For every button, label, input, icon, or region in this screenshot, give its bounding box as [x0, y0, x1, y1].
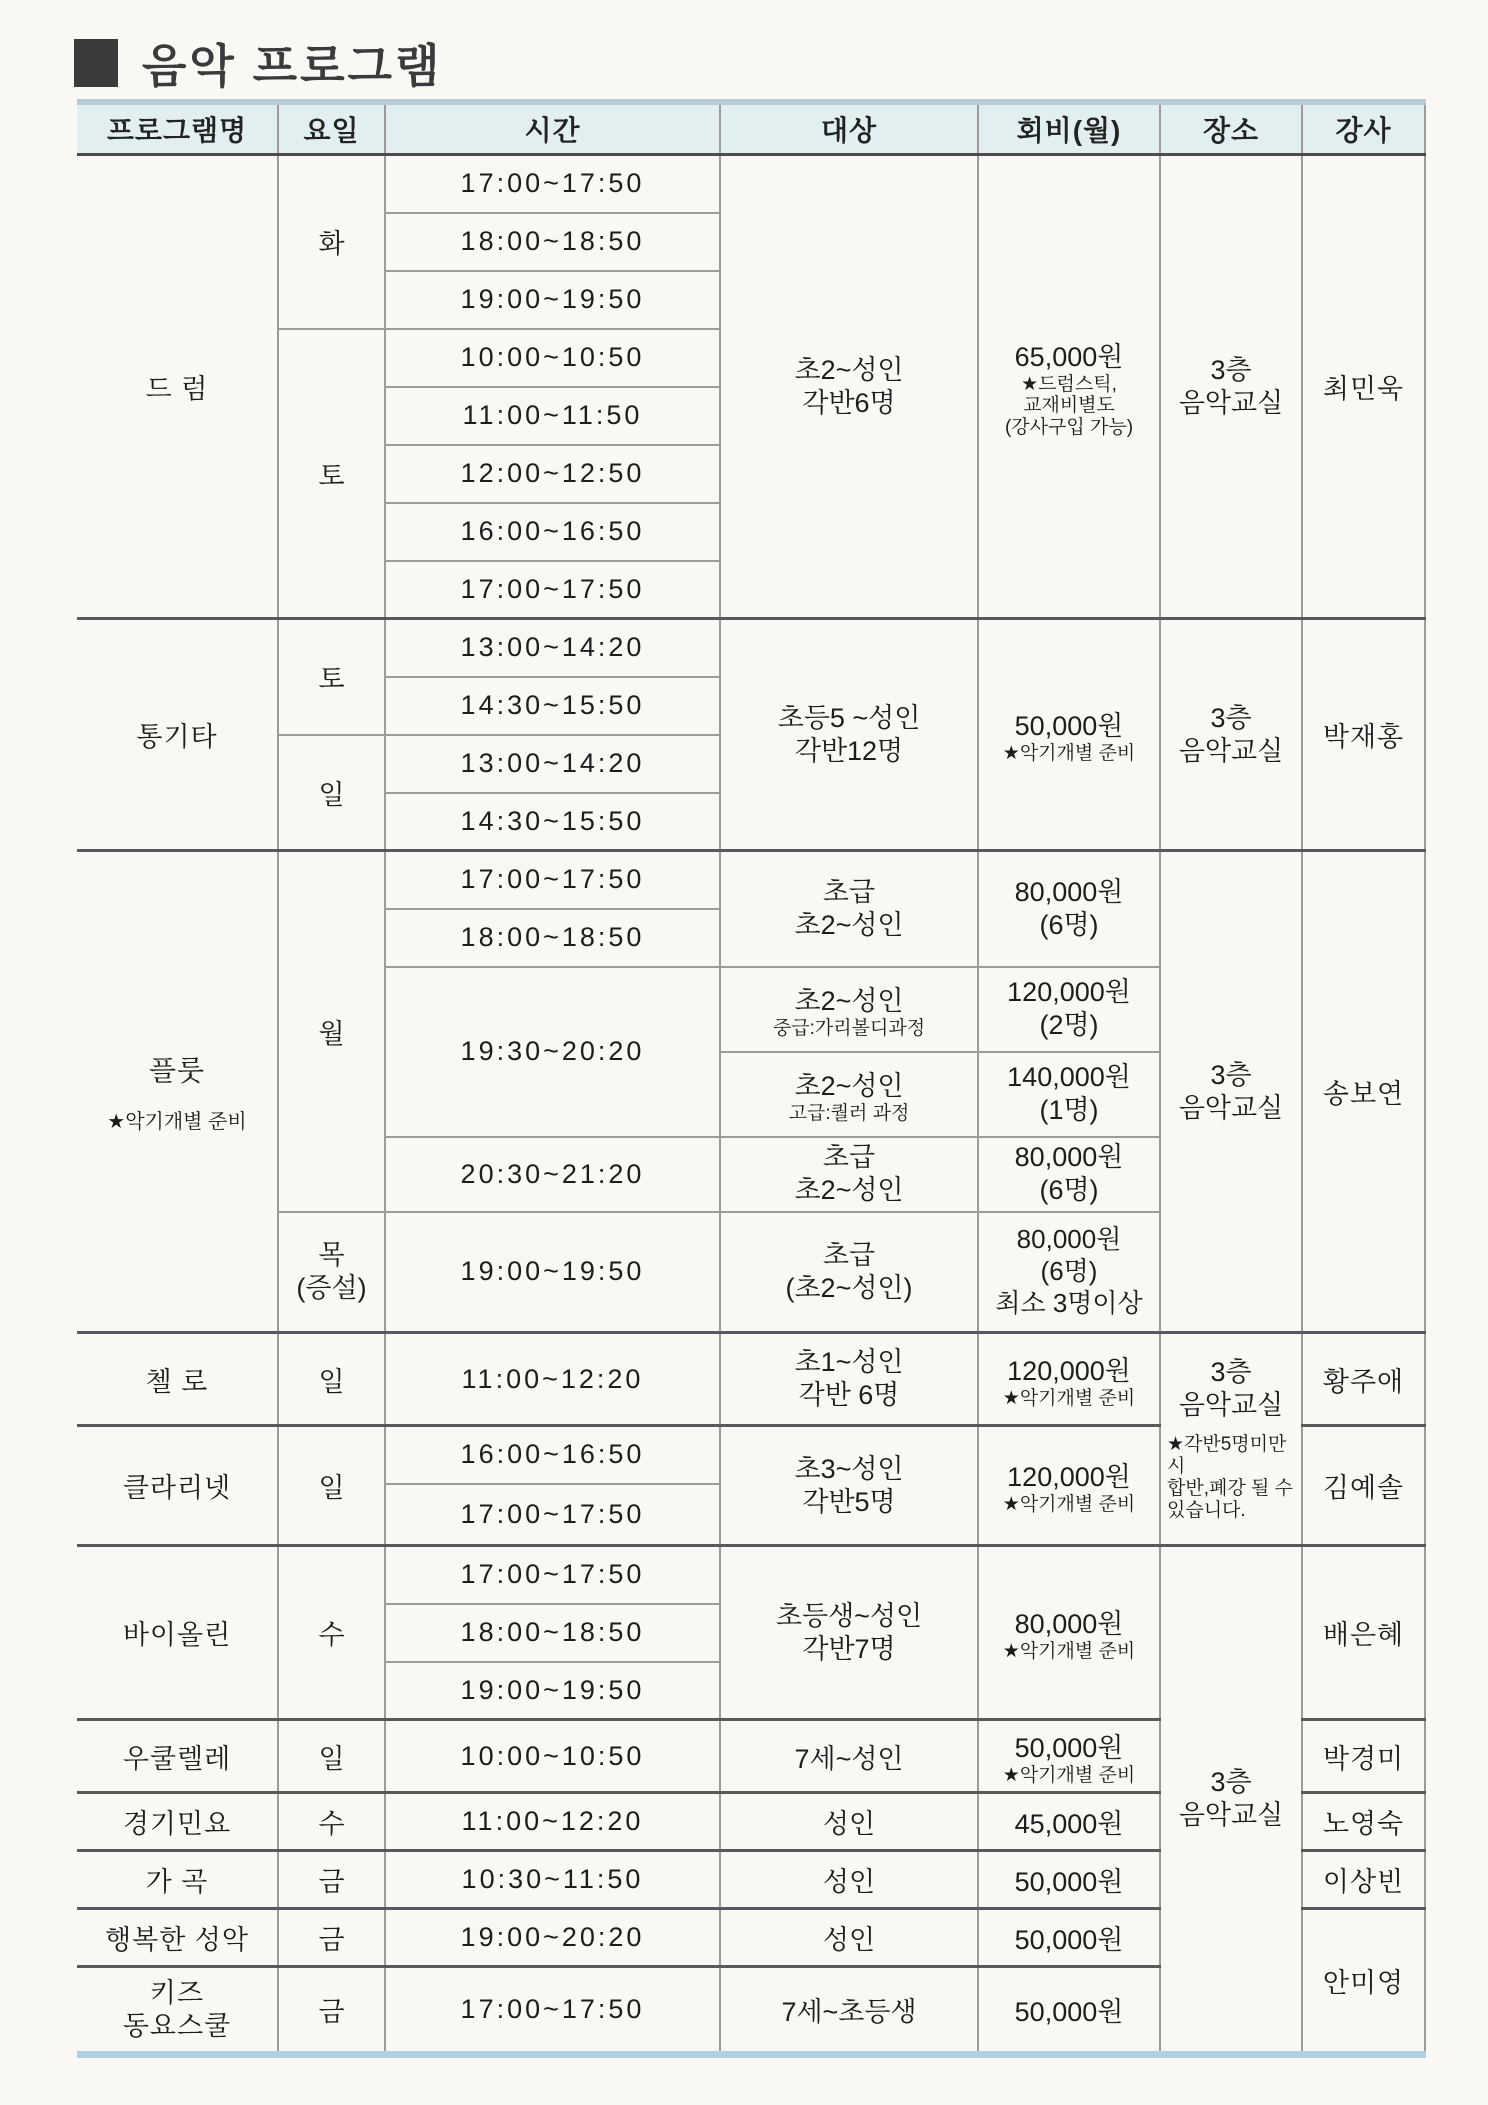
fee-note: ★드럼스틱, 교재비별도 (강사구입 가능) [979, 374, 1159, 438]
place-cell-cello-clarinet: 3층 음악교실 ★각반5명미만시 합반,폐강 될 수 있습니다. [1160, 1333, 1302, 1546]
time-cell: 12:00~12:50 [385, 445, 720, 503]
col-header-time: 시간 [385, 102, 720, 155]
table-row: 플룻 ★악기개별 준비 월 17:00~17:50 초급 초2~성인 80,00… [77, 851, 1425, 909]
day-cell-drum-sat: 토 [278, 329, 385, 619]
fee-note: ★악기개별 준비 [979, 1388, 1159, 1409]
col-header-fee: 회비(월) [978, 102, 1160, 155]
fee-cell-minyo: 45,000원 [978, 1793, 1160, 1851]
time-cell: 18:00~18:50 [385, 1604, 720, 1662]
day-cell-gagok: 금 [278, 1851, 385, 1909]
day-cell-kids: 금 [278, 1967, 385, 2055]
fee-cell-violin: 80,000원 ★악기개별 준비 [978, 1546, 1160, 1720]
place-cell-lower-group: 3층 음악교실 [1160, 1546, 1302, 2055]
table-row: 첼 로 일 11:00~12:20 초1~성인 각반 6명 120,000원 ★… [77, 1333, 1425, 1426]
target-cell-flute-intermediate: 초2~성인 중급:가리볼디과정 [720, 967, 978, 1052]
program-name-cell-gagok: 가 곡 [77, 1851, 278, 1909]
fee-cell-drum: 65,000원 ★드럼스틱, 교재비별도 (강사구입 가능) [978, 155, 1160, 619]
program-name-cell-ukulele: 우쿨렐레 [77, 1720, 278, 1793]
place-note: ★각반5명미만시 합반,폐강 될 수 있습니다. [1161, 1432, 1301, 1521]
program-name-cell-kids: 키즈 동요스쿨 [77, 1967, 278, 2055]
fee-note: ★악기개별 준비 [979, 1641, 1159, 1662]
fee-cell-vocal: 50,000원 [978, 1909, 1160, 1967]
target-cell-flute-beginner: 초급 초2~성인 [720, 851, 978, 967]
time-cell: 17:00~17:50 [385, 851, 720, 909]
target-cell-drum: 초2~성인 각반6명 [720, 155, 978, 619]
time-cell: 19:30~20:20 [385, 967, 720, 1137]
target-cell-clarinet: 초3~성인 각반5명 [720, 1426, 978, 1546]
day-cell-flute-thu: 목 (증설) [278, 1212, 385, 1333]
time-cell: 17:00~17:50 [385, 1967, 720, 2055]
fee-cell-kids: 50,000원 [978, 1967, 1160, 2055]
col-header-target: 대상 [720, 102, 978, 155]
teacher-cell-vocal-kids: 안미영 [1302, 1909, 1425, 2055]
target-cell-ukulele: 7세~성인 [720, 1720, 978, 1793]
time-cell: 14:30~15:50 [385, 677, 720, 735]
program-name-cell-guitar: 통기타 [77, 619, 278, 851]
program-name-cell-drum: 드 럼 [77, 155, 278, 619]
time-cell: 18:00~18:50 [385, 909, 720, 967]
time-cell: 19:00~19:50 [385, 271, 720, 329]
day-cell-ukulele: 일 [278, 1720, 385, 1793]
time-cell: 10:00~10:50 [385, 329, 720, 387]
fee-note: ★악기개별 준비 [979, 1765, 1159, 1786]
time-cell: 17:00~17:50 [385, 1546, 720, 1604]
target-cell-violin: 초등생~성인 각반7명 [720, 1546, 978, 1720]
fee-cell-flute-thu: 80,000원 (6명) 최소 3명이상 [978, 1212, 1160, 1333]
time-cell: 10:30~11:50 [385, 1851, 720, 1909]
time-cell: 17:00~17:50 [385, 1484, 720, 1546]
teacher-cell-drum: 최민욱 [1302, 155, 1425, 619]
day-cell-flute-mon: 월 [278, 851, 385, 1212]
time-cell: 14:30~15:50 [385, 793, 720, 851]
time-cell: 16:00~16:50 [385, 503, 720, 561]
target-cell-flute-advanced: 초2~성인 고급:퀄러 과정 [720, 1052, 978, 1137]
day-cell-vocal: 금 [278, 1909, 385, 1967]
day-cell-clarinet: 일 [278, 1426, 385, 1546]
fee-amount: 80,000원 [979, 1602, 1159, 1641]
fee-note: ★악기개별 준비 [979, 743, 1159, 764]
program-name-cell-vocal: 행복한 성악 [77, 1909, 278, 1967]
target-cell-gagok: 성인 [720, 1851, 978, 1909]
fee-amount: 50,000원 [979, 704, 1159, 743]
page-title: 음악 프로그램 [74, 30, 442, 96]
day-cell-violin: 수 [278, 1546, 385, 1720]
program-note: ★악기개별 준비 [77, 1105, 277, 1134]
place-cell-drum: 3층 음악교실 [1160, 155, 1302, 619]
place-cell-guitar: 3층 음악교실 [1160, 619, 1302, 851]
page-title-text: 음악 프로그램 [142, 30, 442, 96]
time-cell: 13:00~14:20 [385, 735, 720, 793]
teacher-cell-violin: 배은혜 [1302, 1546, 1425, 1720]
title-bullet-icon [74, 39, 118, 87]
fee-cell-gagok: 50,000원 [978, 1851, 1160, 1909]
day-cell-minyo: 수 [278, 1793, 385, 1851]
target-cell-kids: 7세~초등생 [720, 1967, 978, 2055]
fee-cell-flute-beginner2: 80,000원 (6명) [978, 1137, 1160, 1212]
day-cell-guitar-sat: 토 [278, 619, 385, 735]
table-row: 드 럼 화 17:00~17:50 초2~성인 각반6명 65,000원 ★드럼… [77, 155, 1425, 213]
teacher-cell-cello: 황주애 [1302, 1333, 1425, 1426]
fee-cell-cello: 120,000원 ★악기개별 준비 [978, 1333, 1160, 1426]
time-cell: 20:30~21:20 [385, 1137, 720, 1212]
teacher-cell-flute: 송보연 [1302, 851, 1425, 1333]
program-name-cell-violin: 바이올린 [77, 1546, 278, 1720]
time-cell: 10:00~10:50 [385, 1720, 720, 1793]
teacher-cell-clarinet: 김예솔 [1302, 1426, 1425, 1546]
target-cell-guitar: 초등5 ~성인 각반12명 [720, 619, 978, 851]
col-header-place: 장소 [1160, 102, 1302, 155]
time-cell: 19:00~19:50 [385, 1662, 720, 1720]
program-name-cell-flute: 플룻 ★악기개별 준비 [77, 851, 278, 1333]
col-header-teacher: 강사 [1302, 102, 1425, 155]
program-name-cell-cello: 첼 로 [77, 1333, 278, 1426]
fee-cell-flute-intermediate: 120,000원 (2명) [978, 967, 1160, 1052]
time-cell: 18:00~18:50 [385, 213, 720, 271]
program-name-cell-clarinet: 클라리넷 [77, 1426, 278, 1546]
time-cell: 19:00~20:20 [385, 1909, 720, 1967]
target-cell-cello: 초1~성인 각반 6명 [720, 1333, 978, 1426]
fee-amount: 50,000원 [979, 1726, 1159, 1765]
time-cell: 16:00~16:50 [385, 1426, 720, 1484]
teacher-cell-guitar: 박재홍 [1302, 619, 1425, 851]
day-cell-drum-tue: 화 [278, 155, 385, 329]
col-header-program: 프로그램명 [77, 102, 278, 155]
time-cell: 19:00~19:50 [385, 1212, 720, 1333]
fee-cell-ukulele: 50,000원 ★악기개별 준비 [978, 1720, 1160, 1793]
fee-cell-clarinet: 120,000원 ★악기개별 준비 [978, 1426, 1160, 1546]
target-cell-minyo: 성인 [720, 1793, 978, 1851]
target-cell-vocal: 성인 [720, 1909, 978, 1967]
teacher-cell-minyo: 노영숙 [1302, 1793, 1425, 1851]
time-cell: 11:00~12:20 [385, 1333, 720, 1426]
day-cell-guitar-sun: 일 [278, 735, 385, 851]
time-cell: 11:00~11:50 [385, 387, 720, 445]
place-cell-flute: 3층 음악교실 [1160, 851, 1302, 1333]
program-name-cell-minyo: 경기민요 [77, 1793, 278, 1851]
time-cell: 11:00~12:20 [385, 1793, 720, 1851]
fee-amount: 65,000원 [979, 335, 1159, 374]
fee-amount: 120,000원 [979, 1349, 1159, 1388]
time-cell: 13:00~14:20 [385, 619, 720, 677]
music-program-table: 프로그램명 요일 시간 대상 회비(월) 장소 강사 드 럼 화 17:00~1… [77, 99, 1426, 2058]
page: 음악 프로그램 프로그램명 요일 시간 대상 회비(월) 장소 강사 드 럼 화… [0, 0, 1488, 2105]
day-cell-cello: 일 [278, 1333, 385, 1426]
target-cell-flute-beginner2: 초급 초2~성인 [720, 1137, 978, 1212]
table-row: 바이올린 수 17:00~17:50 초등생~성인 각반7명 80,000원 ★… [77, 1546, 1425, 1604]
table-row: 통기타 토 13:00~14:20 초등5 ~성인 각반12명 50,000원 … [77, 619, 1425, 677]
fee-note: ★악기개별 준비 [979, 1494, 1159, 1515]
fee-amount: 120,000원 [979, 1455, 1159, 1494]
fee-cell-flute-advanced: 140,000원 (1명) [978, 1052, 1160, 1137]
time-cell: 17:00~17:50 [385, 561, 720, 619]
header-row: 프로그램명 요일 시간 대상 회비(월) 장소 강사 [77, 102, 1425, 155]
col-header-day: 요일 [278, 102, 385, 155]
target-level-note: 중급:가리볼디과정 [721, 1018, 977, 1039]
fee-cell-guitar: 50,000원 ★악기개별 준비 [978, 619, 1160, 851]
target-level-note: 고급:퀄러 과정 [721, 1103, 977, 1124]
target-cell-flute-thu: 초급 (초2~성인) [720, 1212, 978, 1333]
time-cell: 17:00~17:50 [385, 155, 720, 213]
teacher-cell-ukulele: 박경미 [1302, 1720, 1425, 1793]
teacher-cell-gagok: 이상빈 [1302, 1851, 1425, 1909]
fee-cell-flute-beginner: 80,000원 (6명) [978, 851, 1160, 967]
